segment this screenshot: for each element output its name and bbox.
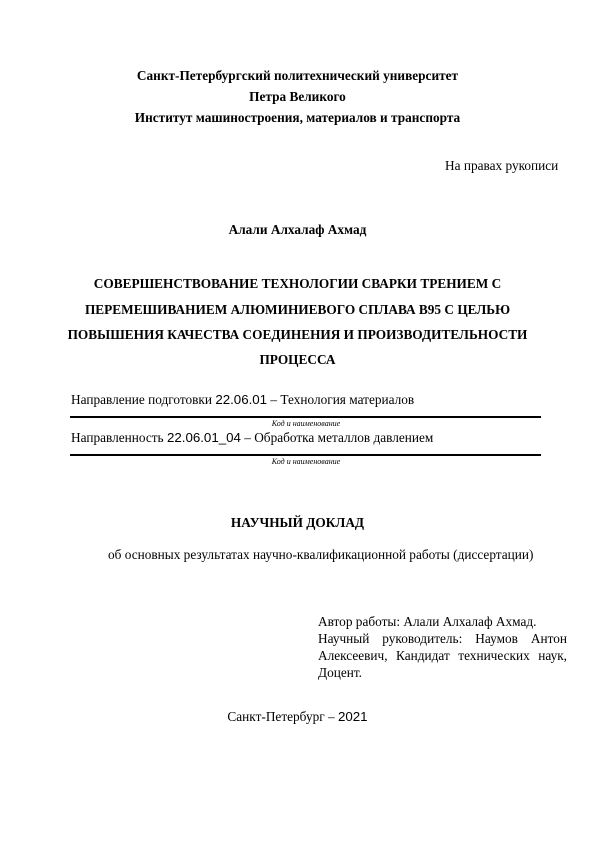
dissertation-title-line: ПОВЫШЕНИЯ КАЧЕСТВА СОЕДИНЕНИЯ И ПРОИЗВОД…: [0, 327, 595, 343]
report-subtitle: об основных результатах научно-квалифика…: [108, 547, 533, 563]
year: 2021: [338, 709, 368, 724]
report-title: НАУЧНЫЙ ДОКЛАД: [0, 515, 595, 531]
credits-block: Автор работы: Алали Алхалаф Ахмад. Научн…: [318, 613, 567, 681]
profile-underline: [70, 454, 541, 456]
dissertation-title-line: СОВЕРШЕНСТВОВАНИЕ ТЕХНОЛОГИИ СВАРКИ ТРЕН…: [0, 276, 595, 292]
direction-field: Направление подготовки 22.06.01 – Технол…: [71, 392, 414, 408]
university-name-line2: Петра Великого: [0, 89, 595, 105]
direction-underline: [70, 416, 541, 418]
profile-name: Обработка металлов давлением: [254, 430, 433, 445]
profile-caption: Код и наименование: [0, 457, 595, 467]
author-credit: Автор работы: Алали Алхалаф Ахмад.: [318, 613, 567, 630]
profile-field: Направленность 22.06.01_04 – Обработка м…: [71, 430, 433, 446]
direction-name: Технология материалов: [280, 392, 414, 407]
city: Санкт-Петербург: [227, 709, 324, 724]
dissertation-title-line: ПЕРЕМЕШИВАНИЕМ АЛЮМИНИЕВОГО СПЛАВА В95 С…: [0, 302, 595, 318]
city-year-separator: –: [325, 709, 338, 724]
manuscript-note: На правах рукописи: [445, 158, 558, 174]
direction-separator: –: [267, 392, 280, 407]
author-name: Алали Алхалаф Ахмад: [0, 222, 595, 238]
supervisor-credit: Научный руководитель: Наумов Антон Алекс…: [318, 630, 567, 681]
university-name: Санкт-Петербургский политехнический унив…: [0, 68, 595, 84]
profile-label: Направленность: [71, 430, 164, 445]
city-year: Санкт-Петербург – 2021: [0, 709, 595, 725]
profile-code: 22.06.01_04: [167, 430, 241, 445]
profile-separator: –: [241, 430, 254, 445]
institute-name: Институт машиностроения, материалов и тр…: [0, 110, 595, 126]
direction-label: Направление подготовки: [71, 392, 212, 407]
dissertation-title-line: ПРОЦЕССА: [0, 352, 595, 368]
direction-code: 22.06.01: [215, 392, 267, 407]
direction-caption: Код и наименование: [0, 419, 595, 429]
